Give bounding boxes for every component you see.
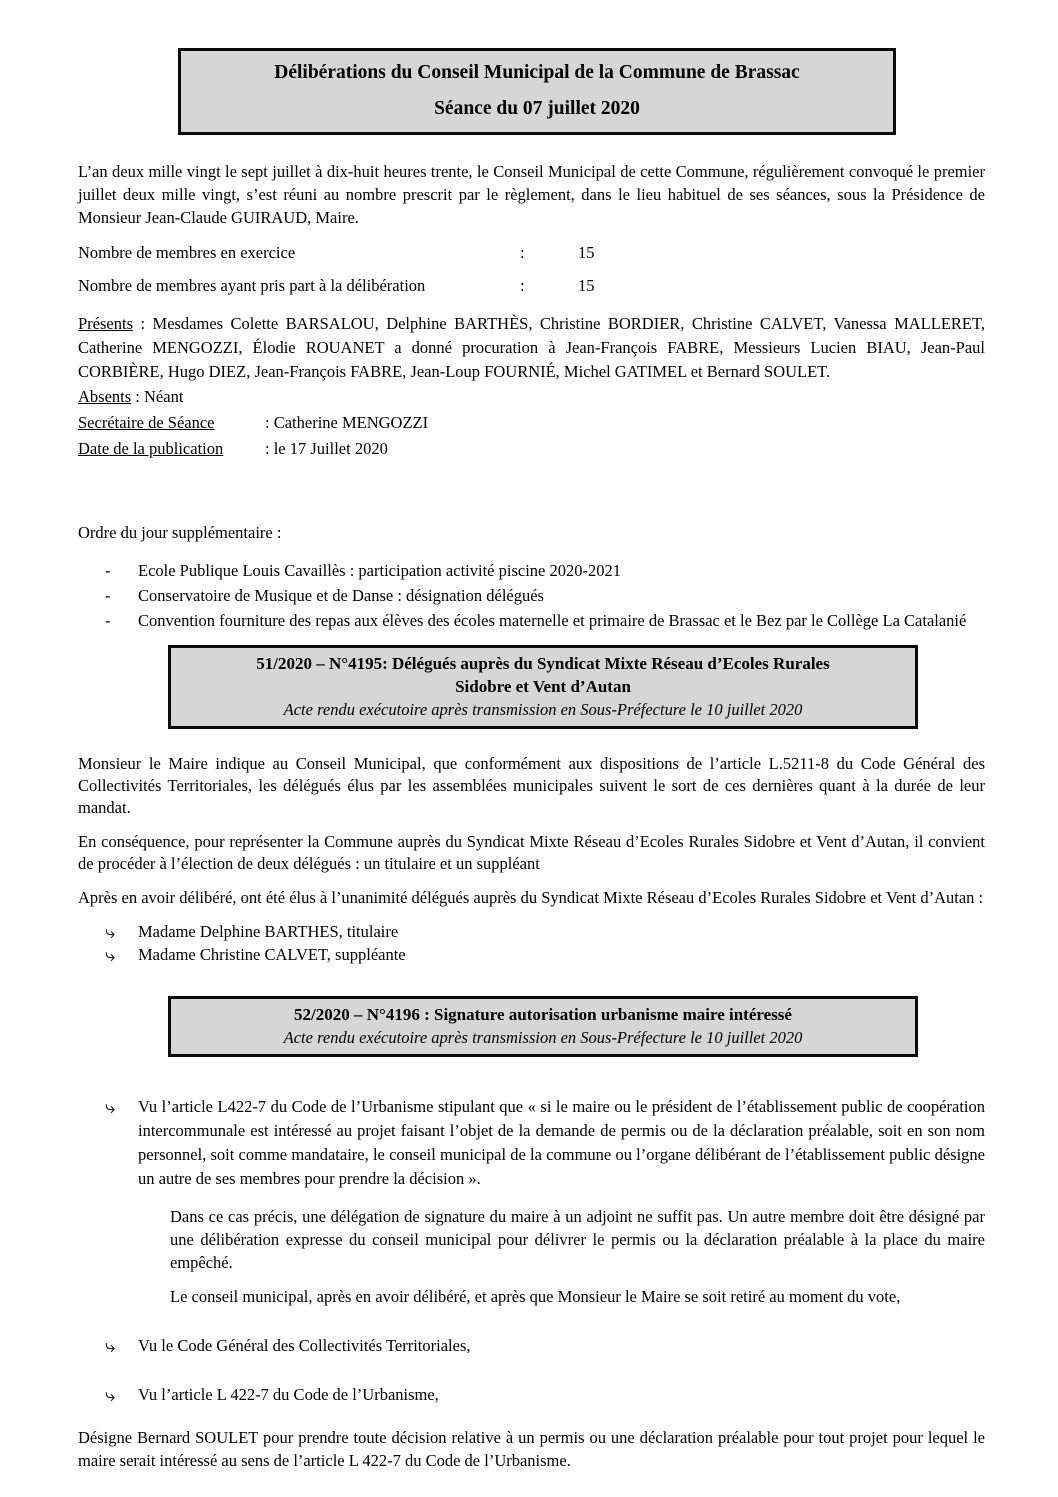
deliberation-52-subparagraph: Dans ce cas précis, une délégation de si… (170, 1205, 985, 1274)
absents-line: Absents : Néant (78, 385, 985, 409)
agenda-item-text: Conservatoire de Musique et de Danse : d… (138, 584, 985, 608)
publication-date-label: Date de la publication (78, 437, 265, 461)
document-body: L’an deux mille vingt le sept juillet à … (78, 160, 985, 1472)
arrow-bullet-icon: ⤷ (105, 1335, 138, 1357)
deliberation-51-subtitle: Acte rendu exécutoire après transmission… (183, 698, 903, 721)
dash-bullet-icon: - (105, 609, 138, 633)
arrow-bullet-icon: ⤷ (105, 1384, 138, 1406)
agenda-item-text: Ecole Publique Louis Cavaillès : partici… (138, 559, 985, 583)
publication-date-row: Date de la publication : le 17 Juillet 2… (78, 437, 985, 461)
members-voting-separator: : (520, 274, 578, 297)
presents-label: Présents (78, 314, 133, 333)
members-in-office-row: Nombre de membres en exercice : 15 (78, 241, 985, 264)
agenda-item-text: Convention fourniture des repas aux élèv… (138, 609, 985, 633)
document-title: Délibérations du Conseil Municipal de la… (191, 62, 883, 84)
presents-names: : Mesdames Colette BARSALOU, Delphine BA… (78, 314, 985, 381)
members-in-office-label: Nombre de membres en exercice (78, 241, 520, 264)
deliberation-52-subparagraph: Le conseil municipal, après en avoir dél… (170, 1285, 985, 1308)
dash-bullet-icon: - (105, 559, 138, 583)
agenda-heading: Ordre du jour supplémentaire : (78, 521, 985, 544)
vu-item-text: Vu le Code Général des Collectivités Ter… (138, 1335, 985, 1357)
delegate-name: Madame Christine CALVET, suppléante (138, 944, 985, 966)
members-voting-value: 15 (578, 274, 595, 297)
absents-label: Absents (78, 387, 131, 406)
vu-item: ⤷ Vu le Code Général des Collectivités T… (78, 1335, 985, 1357)
delegates-list: ⤷ Madame Delphine BARTHES, titulaire ⤷ M… (78, 921, 985, 966)
members-in-office-separator: : (520, 241, 578, 264)
agenda-item: - Convention fourniture des repas aux él… (78, 609, 985, 633)
delegate-item: ⤷ Madame Christine CALVET, suppléante (78, 944, 985, 966)
members-voting-row: Nombre de membres ayant pris part à la d… (78, 274, 985, 297)
deliberation-51-paragraph: En conséquence, pour représenter la Comm… (78, 831, 985, 875)
delegate-item: ⤷ Madame Delphine BARTHES, titulaire (78, 921, 985, 943)
decision-paragraph: Désigne Bernard SOULET pour prendre tout… (78, 1426, 985, 1472)
delegate-name: Madame Delphine BARTHES, titulaire (138, 921, 985, 943)
deliberation-52-subtitle: Acte rendu exécutoire après transmission… (183, 1026, 903, 1049)
intro-paragraph: L’an deux mille vingt le sept juillet à … (78, 160, 985, 229)
absents-value: : Néant (131, 387, 183, 406)
members-in-office-value: 15 (578, 241, 595, 264)
members-voting-label: Nombre de membres ayant pris part à la d… (78, 274, 520, 297)
deliberation-51-title: 51/2020 – N°4195: Délégués auprès du Syn… (183, 652, 903, 675)
secretary-row: Secrétaire de Séance : Catherine MENGOZZ… (78, 411, 985, 435)
vu-item: ⤷ Vu l’article L 422-7 du Code de l’Urba… (78, 1384, 985, 1406)
presents-paragraph: Présents : Mesdames Colette BARSALOU, De… (78, 312, 985, 384)
agenda-item: - Conservatoire de Musique et de Danse :… (78, 584, 985, 608)
deliberation-51-header-box: 51/2020 – N°4195: Délégués auprès du Syn… (168, 645, 918, 729)
vu-article-text: Vu l’article L422-7 du Code de l’Urbanis… (138, 1095, 985, 1191)
secretary-value: : Catherine MENGOZZI (265, 411, 428, 435)
arrow-bullet-icon: ⤷ (105, 921, 138, 943)
vu-article-l422-7-item: ⤷ Vu l’article L422-7 du Code de l’Urban… (78, 1095, 985, 1191)
arrow-bullet-icon: ⤷ (105, 944, 138, 966)
session-date: Séance du 07 juillet 2020 (191, 98, 883, 120)
deliberation-52-title: 52/2020 – N°4196 : Signature autorisatio… (183, 1003, 903, 1026)
dash-bullet-icon: - (105, 584, 138, 608)
deliberation-52-header-box: 52/2020 – N°4196 : Signature autorisatio… (168, 996, 918, 1057)
deliberation-51-title-line2: Sidobre et Vent d’Autan (183, 675, 903, 698)
arrow-bullet-icon: ⤷ (105, 1095, 138, 1191)
deliberation-51-paragraph: Monsieur le Maire indique au Conseil Mun… (78, 753, 985, 819)
document-page: Délibérations du Conseil Municipal de la… (0, 0, 1058, 1497)
publication-date-value: : le 17 Juillet 2020 (265, 437, 388, 461)
document-title-box: Délibérations du Conseil Municipal de la… (178, 48, 896, 135)
agenda-item: - Ecole Publique Louis Cavaillès : parti… (78, 559, 985, 583)
vu-item-text: Vu l’article L 422-7 du Code de l’Urbani… (138, 1384, 985, 1406)
deliberation-51-paragraph: Après en avoir délibéré, ont été élus à … (78, 887, 985, 909)
secretary-label: Secrétaire de Séance (78, 411, 265, 435)
